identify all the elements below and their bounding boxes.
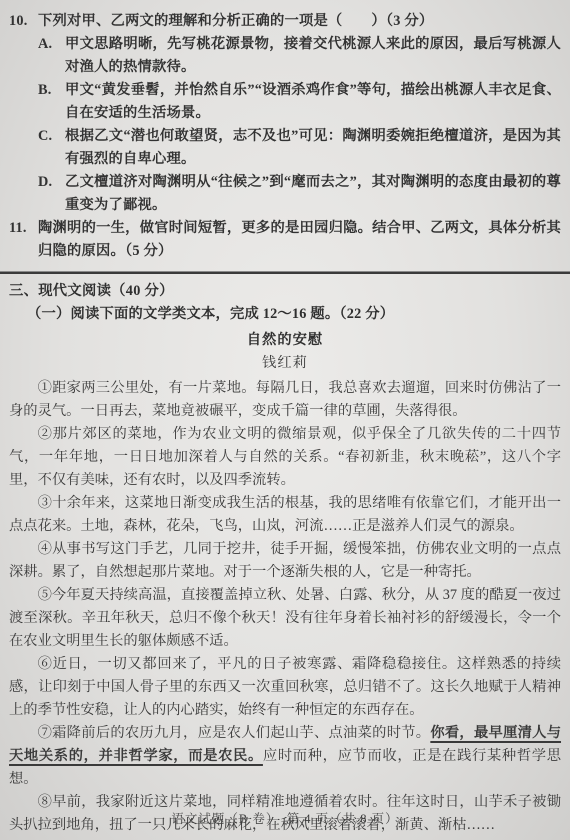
passage-title: 自然的安慰	[9, 329, 561, 352]
passage-paragraph-7: ⑦霜降前后的农历九月，应是农人们起山芋、点油菜的时节。你看，最早厘清人与天地关系…	[9, 722, 561, 791]
option-b-text: 甲文“黄发垂髫，并怡然自乐”“设酒杀鸡作食”等句，描绘出桃源人丰衣足食、自在安适…	[65, 79, 561, 125]
option-d: D. 乙文檀道济对陶渊明从“往候之”到“麾而去之”，其对陶渊明的态度由最初的尊重…	[38, 171, 561, 217]
question-11-number: 11.	[9, 217, 38, 240]
option-a-text: 甲文思路明晰，先写桃花源景物，接着交代桃源人来此的原因，最后写桃源人对渔人的热情…	[65, 33, 561, 79]
option-d-text: 乙文檀道济对陶渊明从“往候之”到“麾而去之”，其对陶渊明的态度由最初的尊重变为了…	[65, 171, 561, 217]
page-footer: 语文试题（B 卷） 第 4 页（共 8 页）	[0, 808, 570, 831]
passage-paragraph-4: ④从事书写这门手艺，几同于挖井，徒手开掘，缓慢笨拙，仿佛农业文明的一点点深耕。累…	[9, 538, 561, 584]
option-c: C. 根据乙文“潜也何敢望贤，志不及也”可见：陶渊明委婉拒绝檀道济，是因为其有强…	[38, 125, 561, 171]
question-10-number: 10.	[9, 10, 38, 33]
option-c-label: C.	[38, 125, 65, 148]
question-11: 11. 陶渊明的一生，做官时间短暂，更多的是田园归隐。结合甲、乙两文，具体分析其…	[9, 217, 561, 263]
question-10-stem: 下列对甲、乙两文的理解和分析正确的一项是（ ）（3 分）	[38, 10, 561, 33]
section-divider	[0, 271, 570, 274]
option-b: B. 甲文“黄发垂髫，并怡然自乐”“设酒杀鸡作食”等句，描绘出桃源人丰衣足食、自…	[38, 79, 561, 125]
reading-passage: 自然的安慰 钱红莉 ①距家两三公里处，有一片菜地。每隔几日，我总喜欢去遛遛，回来…	[9, 329, 561, 837]
option-b-label: B.	[38, 79, 65, 102]
question-10-stem-row: 10. 下列对甲、乙两文的理解和分析正确的一项是（ ）（3 分）	[9, 10, 561, 33]
question-10: 10. 下列对甲、乙两文的理解和分析正确的一项是（ ）（3 分） A. 甲文思路…	[9, 10, 561, 217]
passage-author: 钱红莉	[9, 352, 561, 375]
section-heading: 三、现代文阅读（40 分）	[9, 280, 561, 303]
exam-page: 10. 下列对甲、乙两文的理解和分析正确的一项是（ ）（3 分） A. 甲文思路…	[0, 0, 570, 840]
passage-paragraph-2: ②那片郊区的菜地，作为农业文明的微缩景观，似乎保全了几欲失传的二十四节气，一年年…	[9, 423, 561, 492]
passage-paragraph-1: ①距家两三公里处，有一片菜地。每隔几日，我总喜欢去遛遛，回来时仿佛沾了一身的灵气…	[9, 377, 561, 423]
option-c-text: 根据乙文“潜也何敢望贤，志不及也”可见：陶渊明委婉拒绝檀道济，是因为其有强烈的自…	[65, 125, 561, 171]
passage-paragraph-5: ⑤今年夏天持续高温，直接覆盖掉立秋、处暑、白露、秋分，从 37 度的酷夏一夜过渡…	[9, 584, 561, 653]
passage-paragraph-3: ③十余年来，这菜地日渐变成我生活的根基，我的思绪唯有依靠它们，才能开出一点点花来…	[9, 492, 561, 538]
paragraph-7-pre-text: ⑦霜降前后的农历九月，应是农人们起山芋、点油菜的时节。	[38, 725, 431, 741]
section-subheading: （一）阅读下面的文学类文本，完成 12～16 题。（22 分）	[9, 303, 561, 326]
passage-paragraph-6: ⑥近日，一切又都回来了，平凡的日子被寒露、霜降稳稳接住。这样熟悉的持续感，让印刻…	[9, 653, 561, 722]
question-11-stem: 陶渊明的一生，做官时间短暂，更多的是田园归隐。结合甲、乙两文，具体分析其归隐的原…	[38, 217, 561, 263]
option-a-label: A.	[38, 33, 65, 56]
option-d-label: D.	[38, 171, 65, 194]
question-10-options: A. 甲文思路明晰，先写桃花源景物，接着交代桃源人来此的原因，最后写桃源人对渔人…	[38, 33, 561, 217]
option-a: A. 甲文思路明晰，先写桃花源景物，接着交代桃源人来此的原因，最后写桃源人对渔人…	[38, 33, 561, 79]
question-11-stem-row: 11. 陶渊明的一生，做官时间短暂，更多的是田园归隐。结合甲、乙两文，具体分析其…	[9, 217, 561, 263]
